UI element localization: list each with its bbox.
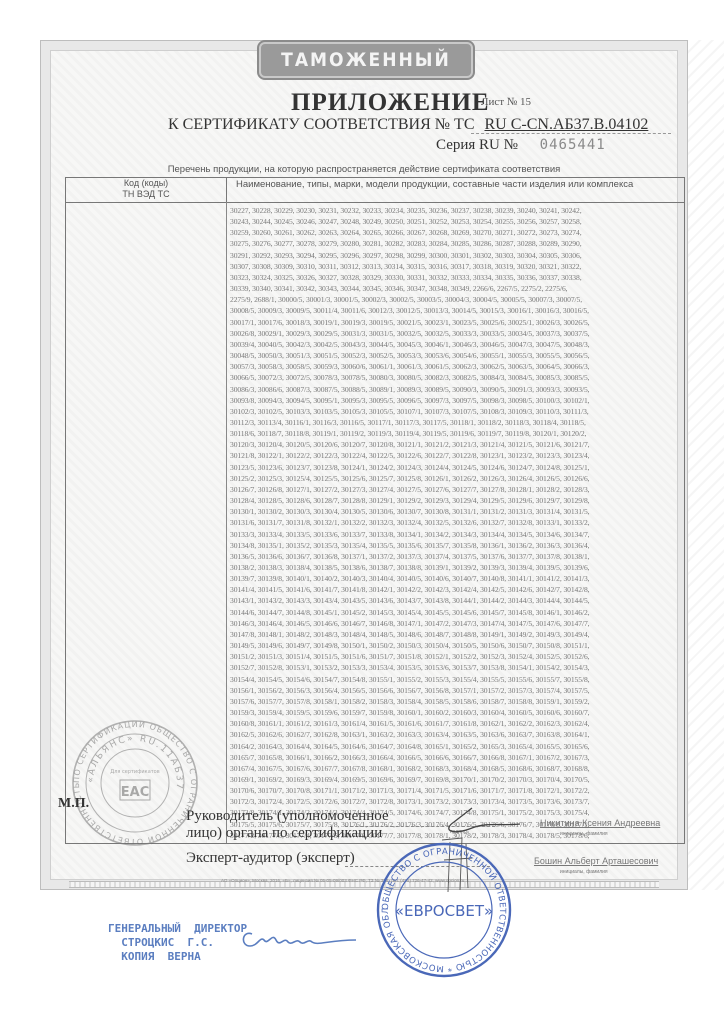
series-number: 0465441: [540, 137, 606, 153]
svg-text:Для сертификатов: Для сертификатов: [110, 769, 159, 775]
customs-union-banner: ТАМОЖЕННЫЙ СОЮЗ: [259, 42, 473, 78]
table-row: 30086/3, 30086/6, 30087/3, 30087/5, 3008…: [230, 384, 678, 395]
table-row: 30156/1, 30156/2, 30156/3, 30156/4, 3015…: [230, 685, 678, 696]
head-of-body-label: Руководитель (уполномоченное лицо) орган…: [186, 808, 389, 842]
product-list-caption: Перечень продукции, на которую распростр…: [41, 164, 687, 175]
table-row: 30131/6, 30131/7, 30131/8, 30132/1, 3013…: [230, 517, 678, 528]
table-row: 30323, 30324, 30325, 30326, 30327, 30328…: [230, 272, 678, 283]
svg-text:«ЕВРОСВЕТ»: «ЕВРОСВЕТ»: [395, 902, 493, 920]
table-row: 30275, 30276, 30277, 30278, 30279, 30280…: [230, 238, 678, 249]
certification-body-stamp-icon: ПО СЕРТИФИКАЦИИ ОБЩЕСТВО С ОГРАНИЧЕННОЙ …: [70, 718, 200, 848]
table-header: Код (коды) ТН ВЭД ТС Наименование, типы,…: [66, 178, 684, 203]
product-codes-cell: 30227, 30228, 30229, 30230, 30231, 30232…: [230, 205, 678, 841]
copy-certification-note: ГЕНЕРАЛЬНЫЙ ДИРЕКТОР СТРОЦКИС Г.С. КОПИЯ…: [108, 922, 247, 964]
table-row: 30307, 30308, 30309, 30310, 30311, 30312…: [230, 261, 678, 272]
header-hs-code-line2: ТН ВЭД ТС: [66, 189, 226, 200]
table-row: 2275/9, 2688/1, 30000/5, 30001/3, 30001/…: [230, 294, 678, 305]
table-row: 30133/3, 30133/4, 30133/5, 30133/6, 3013…: [230, 529, 678, 540]
table-row: 30102/3, 30102/5, 30103/3, 30103/5, 3010…: [230, 406, 678, 417]
table-row: 30170/6, 30170/7, 30170/8, 30171/1, 3017…: [230, 785, 678, 796]
expert-name-caption: инициалы, фамилия: [560, 869, 608, 875]
table-row: 30339, 30340, 30341, 30342, 30343, 30344…: [230, 283, 678, 294]
certificate-underline: [471, 133, 671, 134]
header-hs-code: Код (коды) ТН ВЭД ТС: [66, 178, 227, 202]
table-row: 30259, 30260, 30261, 30262, 30263, 30264…: [230, 227, 678, 238]
copy-note-line3: КОПИЯ ВЕРНА: [108, 950, 247, 964]
table-row: 30093/8, 30094/3, 30094/5, 30095/1, 3009…: [230, 395, 678, 406]
table-row: 30008/5, 30009/3, 30009/5, 30011/4, 3001…: [230, 305, 678, 316]
svg-text:ЕАС: ЕАС: [121, 785, 149, 800]
copy-note-line1: ГЕНЕРАЛЬНЫЙ ДИРЕКТОР: [108, 922, 247, 936]
sheet-number: Лист № 15: [481, 96, 531, 108]
company-seal-stamp-icon: ОБЩЕСТВО С ОГРАНИЧЕННОЙ ОТВЕТСТВЕННОСТЬЮ…: [374, 840, 514, 980]
table-row: 30141/4, 30141/5, 30141/6, 30141/7, 3014…: [230, 584, 678, 595]
head-of-body-label-line2: лицо) органа по сертификации: [186, 825, 389, 842]
table-row: 30126/7, 30126/8, 30127/1, 30127/2, 3012…: [230, 484, 678, 495]
table-row: 30123/5, 30123/6, 30123/7, 30123/8, 3012…: [230, 462, 678, 473]
head-name-caption: инициалы, фамилия: [560, 831, 608, 837]
table-row: 30162/5, 30162/6, 30162/7, 30162/8, 3016…: [230, 729, 678, 740]
table-row: 30243, 30244, 30245, 30246, 30247, 30248…: [230, 216, 678, 227]
table-row: 30139/7, 30139/8, 30140/1, 30140/2, 3014…: [230, 573, 678, 584]
table-row: 30120/3, 30120/4, 30120/5, 30120/6, 3012…: [230, 439, 678, 450]
table-row: 30066/5, 30072/3, 30072/5, 30078/3, 3007…: [230, 372, 678, 383]
table-row: 30165/7, 30165/8, 30166/1, 30166/2, 3016…: [230, 752, 678, 763]
table-row: 30146/3, 30146/4, 30146/5, 30146/6, 3014…: [230, 618, 678, 629]
header-hs-code-line1: Код (коды): [66, 178, 226, 189]
document-title: ПРИЛОЖЕНИЕ: [291, 89, 490, 117]
table-row: 30151/2, 30151/3, 30151/4, 30151/5, 3015…: [230, 651, 678, 662]
table-row: 30057/3, 30058/3, 30058/5, 30059/3, 3006…: [230, 361, 678, 372]
page-edge-pattern: [686, 40, 724, 890]
header-product-name: Наименование, типы, марки, модели продук…: [236, 179, 633, 190]
director-signature-icon: [238, 922, 358, 958]
expert-name: Бошин Альберт Арташесович: [534, 856, 658, 866]
table-row: 30227, 30228, 30229, 30230, 30231, 30232…: [230, 205, 678, 216]
table-row: 30048/5, 30050/3, 30051/3, 30051/5, 3005…: [230, 350, 678, 361]
table-row: 30039/4, 30040/5, 30042/3, 30042/5, 3004…: [230, 339, 678, 350]
table-row: 30164/2, 30164/3, 30164/4, 30164/5, 3016…: [230, 741, 678, 752]
head-of-body-label-line1: Руководитель (уполномоченное: [186, 808, 389, 825]
table-row: 30169/1, 30169/2, 30169/3, 30169/4, 3016…: [230, 774, 678, 785]
copy-note-line2: СТРОЦКИС Г.С.: [108, 936, 247, 950]
table-row: 30130/1, 30130/2, 30130/3, 30130/4, 3013…: [230, 506, 678, 517]
table-row: 30144/6, 30144/7, 30144/8, 30145/1, 3014…: [230, 607, 678, 618]
column-divider: [226, 202, 227, 843]
table-row: 30121/8, 30122/1, 30122/2, 30122/3, 3012…: [230, 450, 678, 461]
table-row: 30157/6, 30157/7, 30157/8, 30158/1, 3015…: [230, 696, 678, 707]
table-row: 30159/3, 30159/4, 30159/5, 30159/6, 3015…: [230, 707, 678, 718]
table-row: 30152/7, 30152/8, 30153/1, 30153/2, 3015…: [230, 662, 678, 673]
series-line: Серия RU № 0465441: [436, 137, 606, 154]
expert-auditor-label: Эксперт-аудитор (эксперт): [186, 850, 355, 867]
table-row: 30125/2, 30125/3, 30125/4, 30125/5, 3012…: [230, 473, 678, 484]
seal-placeholder-label: М.П.: [58, 796, 89, 812]
table-row: 30154/4, 30154/5, 30154/6, 30154/7, 3015…: [230, 674, 678, 685]
certificate-prefix: К СЕРТИФИКАТУ СООТВЕТСТВИЯ № ТС: [168, 116, 474, 133]
head-name: Никитина Ксения Андреевна: [540, 818, 660, 828]
table-row: 30291, 30292, 30293, 30294, 30295, 30296…: [230, 250, 678, 261]
table-row: 30138/2, 30138/3, 30138/4, 30138/5, 3013…: [230, 562, 678, 573]
series-label: Серия RU №: [436, 137, 518, 153]
table-row: 30118/6, 30118/7, 30118/8, 30119/1, 3011…: [230, 428, 678, 439]
table-row: 30128/4, 30128/5, 30128/6, 30128/7, 3012…: [230, 495, 678, 506]
certificate-line: К СЕРТИФИКАТУ СООТВЕТСТВИЯ № ТС RU C-CN.…: [168, 116, 648, 134]
table-row: 30149/5, 30149/6, 30149/7, 30149/8, 3015…: [230, 640, 678, 651]
table-row: 30017/1, 30017/6, 30018/3, 30019/1, 3001…: [230, 317, 678, 328]
table-row: 30167/4, 30167/5, 30167/6, 30167/7, 3016…: [230, 763, 678, 774]
table-row: 30136/5, 30136/6, 30136/7, 30136/8, 3013…: [230, 551, 678, 562]
table-row: 30160/8, 30161/1, 30161/2, 30161/3, 3016…: [230, 718, 678, 729]
table-row: 30143/1, 30143/2, 30143/3, 30143/4, 3014…: [230, 595, 678, 606]
table-row: 30147/8, 30148/1, 30148/2, 30148/3, 3014…: [230, 629, 678, 640]
table-row: 30026/8, 30029/1, 30029/3, 30029/5, 3003…: [230, 328, 678, 339]
table-row: 30112/3, 30113/4, 30116/1, 30116/3, 3011…: [230, 417, 678, 428]
table-row: 30134/8, 30135/1, 30135/2, 30135/3, 3013…: [230, 540, 678, 551]
certificate-number: RU C-CN.АБ37.В.04102: [484, 116, 648, 133]
